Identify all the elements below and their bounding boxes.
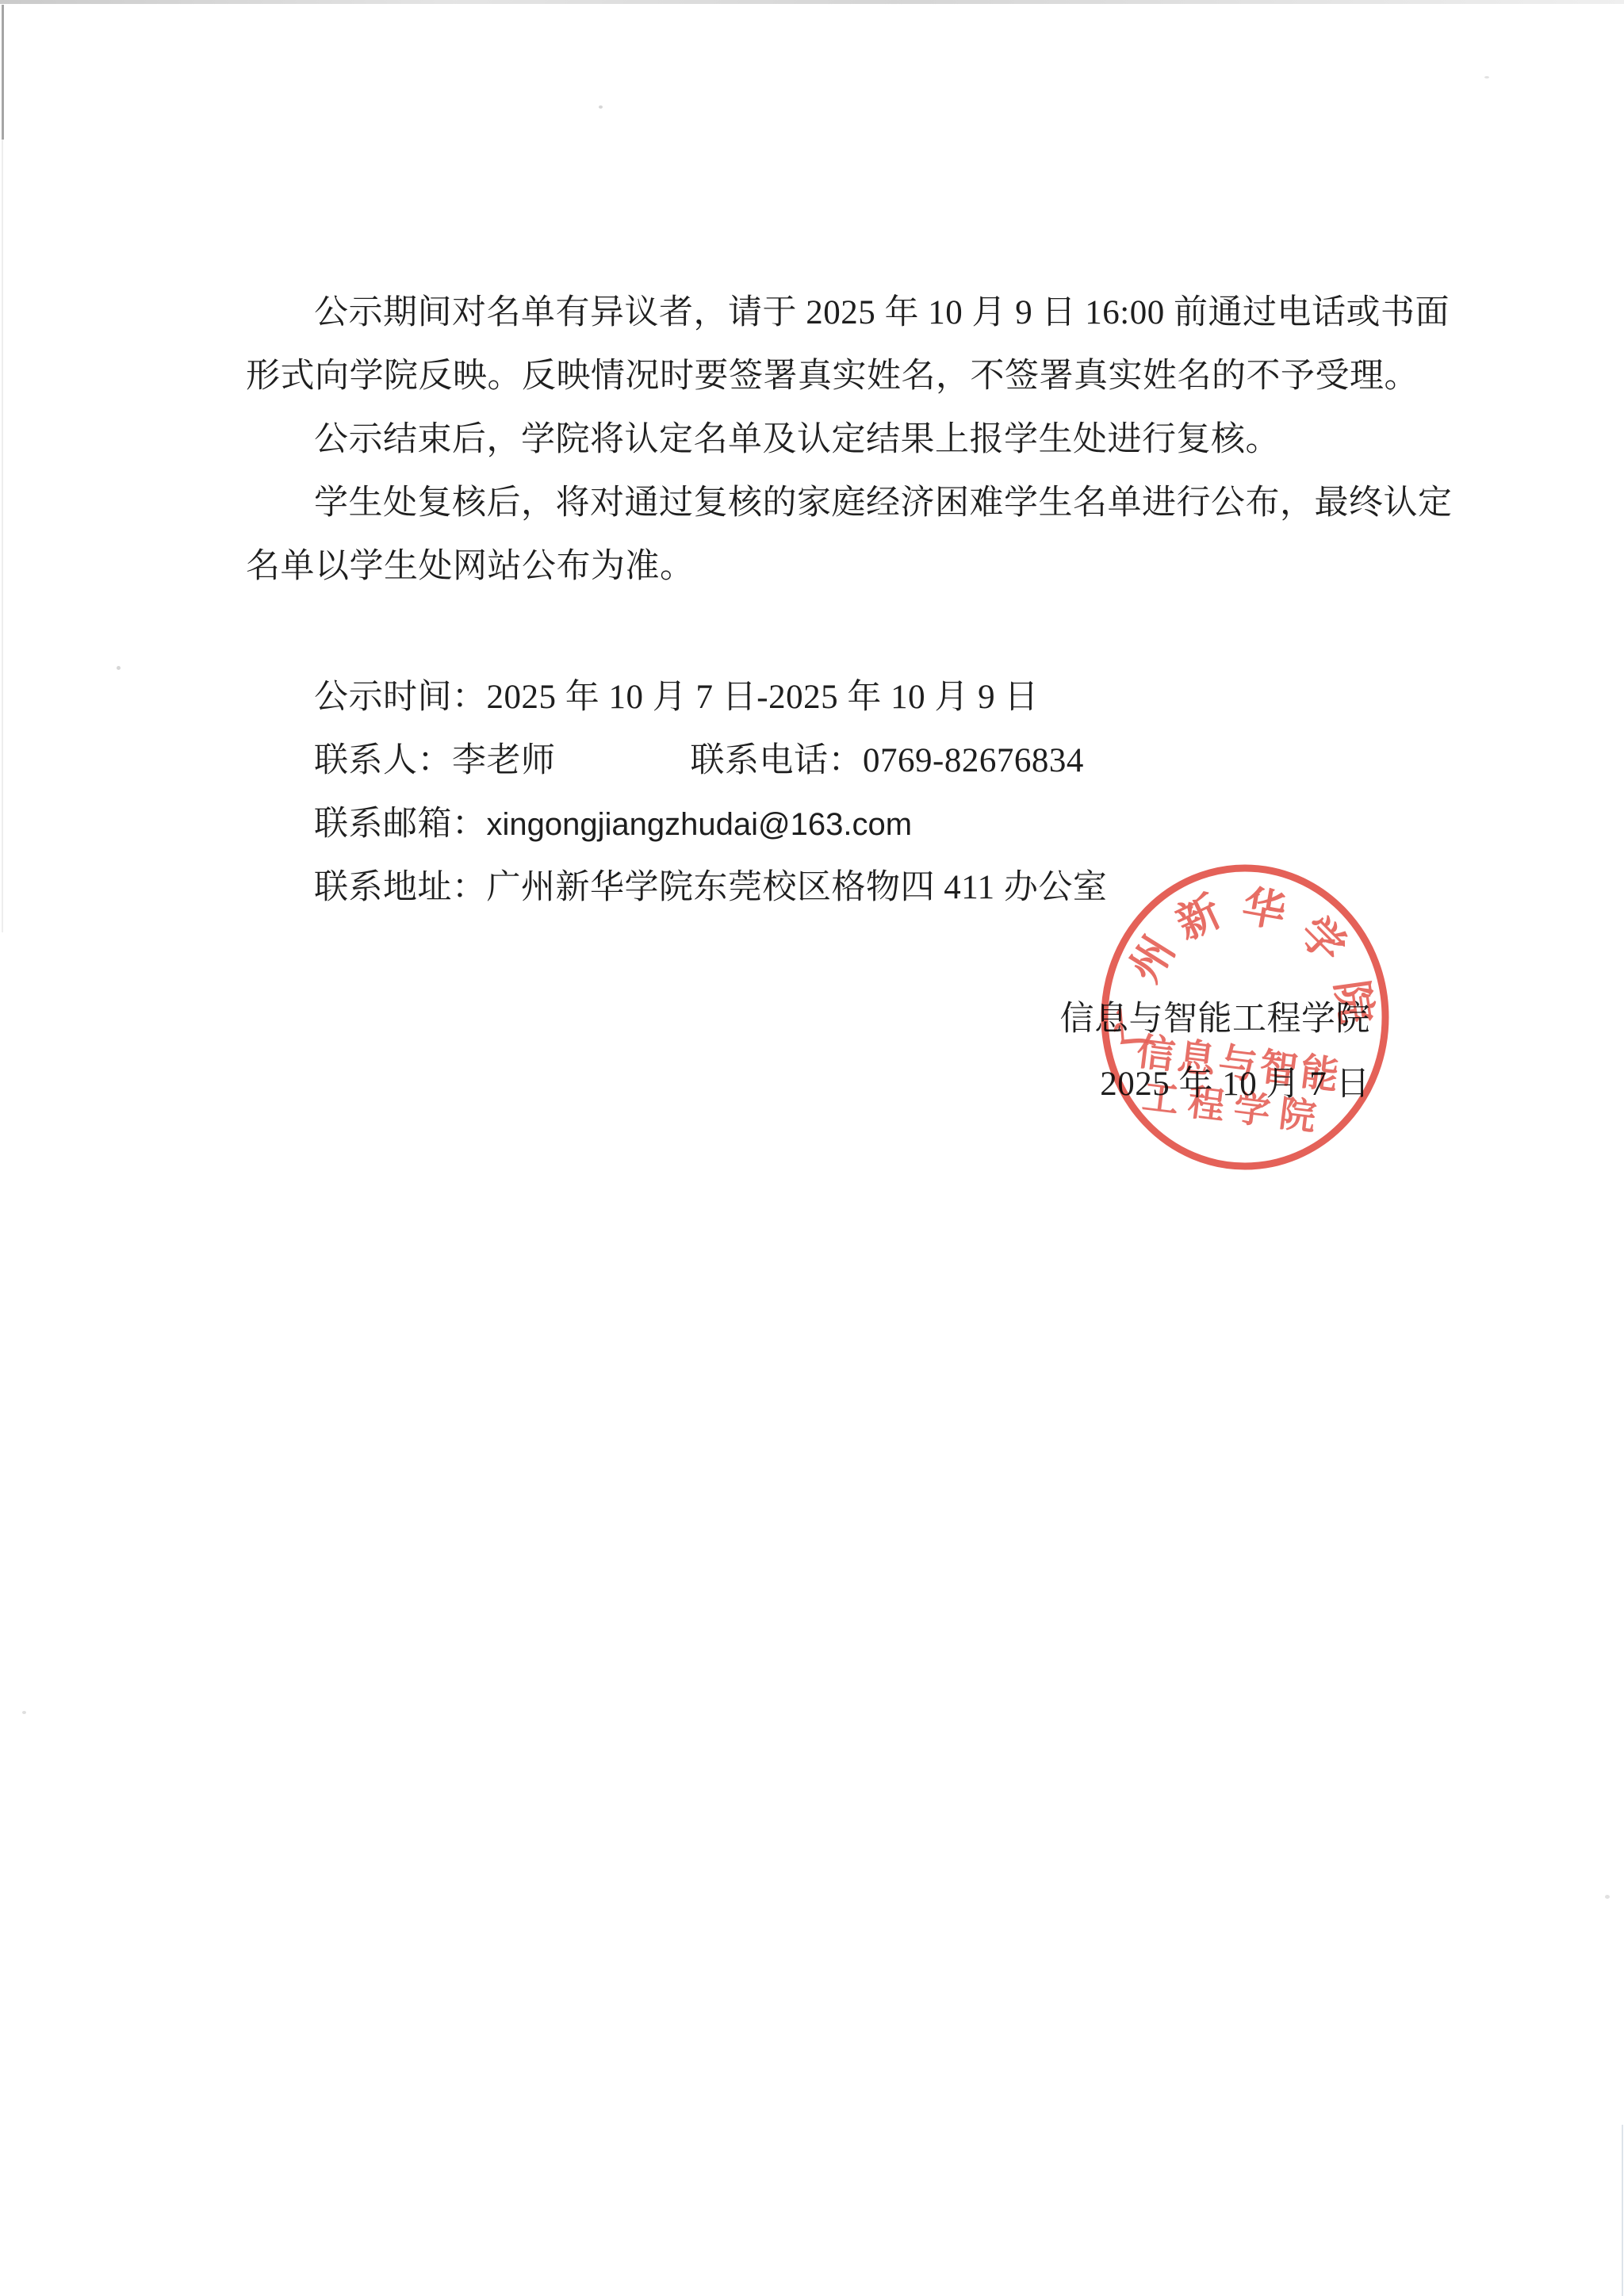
contact-email-label: 联系邮箱： [314,806,487,843]
body-line: 公示结束后，学院将认定名单及认定结果上报学生处进行复核。 [246,408,1411,472]
contact-phone-label: 联系电话： [691,742,864,779]
contact-person-value: 李老师 [452,742,556,779]
publicity-period-value: 2025 年 10 月 7 日-2025 年 10 月 9 日 [487,679,1039,716]
scan-edge-artifact-top [0,0,1624,4]
contact-person-label: 联系人： [314,742,452,779]
contact-block: 公示时间：2025 年 10 月 7 日-2025 年 10 月 9 日 联系人… [314,666,1107,920]
notice-body: 公示期间对名单有异议者，请于 2025 年 10 月 9 日 16:00 前通过… [246,281,1411,599]
contact-email-line: 联系邮箱：xingongjiangzhudai@163.com [314,793,1107,856]
contact-address-label: 联系地址： [314,869,487,906]
contact-address-value: 广州新华学院东莞校区格物四 411 办公室 [487,869,1108,906]
contact-person-line: 联系人：李老师联系电话：0769-82676834 [314,729,1107,793]
scan-speck [599,105,603,109]
body-line: 学生处复核后，将对通过复核的家庭经济困难学生名单进行公布，最终认定 [246,472,1411,535]
scan-speck [117,666,121,670]
scan-edge-artifact-left-faint [2,140,3,932]
body-line: 名单以学生处网站公布为准。 [246,535,1411,599]
scan-edge-artifact-bottom [0,2266,1624,2279]
contact-email-value: xingongjiangzhudai@163.com [487,807,913,842]
contact-phone-value: 0769-82676834 [863,742,1084,779]
seal-inner-text: 信息与智能 工程学院 [1129,1030,1344,1140]
body-line: 形式向学院反映。反映情况时要签署真实姓名，不签署真实姓名的不予受理。 [246,345,1411,408]
seal-arc-char: 院 [1327,978,1380,1027]
scan-speck [1484,76,1489,78]
scanned-notice-page: 公示期间对名单有异议者，请于 2025 年 10 月 9 日 16:00 前通过… [0,0,1624,2296]
seal-arc-char: 华 [1239,882,1289,936]
contact-address-line: 联系地址：广州新华学院东莞校区格物四 411 办公室 [314,856,1107,920]
seal-arc-char: 新 [1170,887,1228,948]
body-line: 公示期间对名单有异议者，请于 2025 年 10 月 9 日 16:00 前通过… [246,281,1411,345]
publicity-period-label: 公示时间： [314,679,487,716]
publicity-period-line: 公示时间：2025 年 10 月 7 日-2025 年 10 月 9 日 [314,666,1107,729]
scan-speck [1605,1895,1610,1899]
official-seal-stamp: 广 州 新 华 学 院 信息与智能 工程学院 [1085,857,1405,1177]
scan-speck [22,1711,26,1714]
scan-edge-artifact-left [2,5,4,140]
